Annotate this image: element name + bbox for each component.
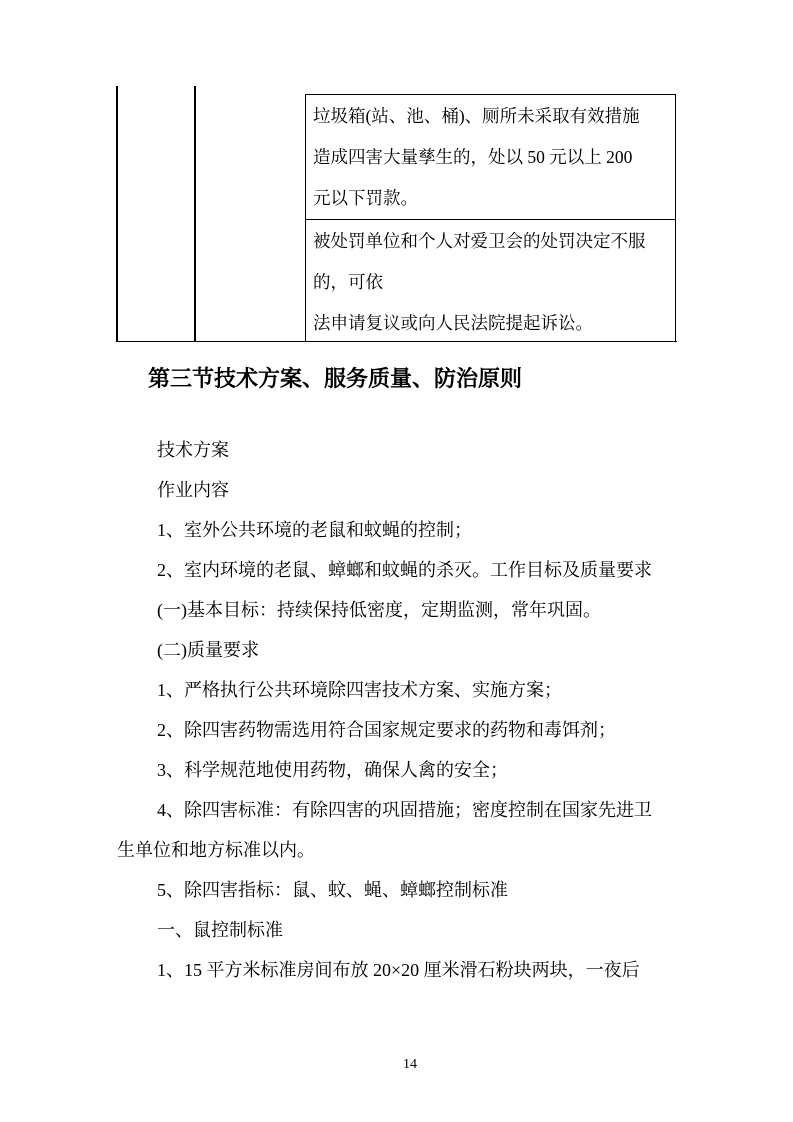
body-text: 技术方案 作业内容 1、室外公共环境的老鼠和蚊蝇的控制； 2、室内环境的老鼠、蟑… bbox=[117, 430, 677, 990]
table-cell: 被处罚单位和个人对爱卫会的处罚决定不服 的，可依 法申请复议或向人民法院提起诉讼… bbox=[306, 220, 675, 339]
body-line: (二)质量要求 bbox=[117, 630, 677, 670]
body-line: 作业内容 bbox=[117, 470, 677, 510]
body-line: 1、严格执行公共环境除四害技术方案、实施方案； bbox=[117, 670, 677, 710]
body-line: 1、室外公共环境的老鼠和蚊蝇的控制； bbox=[117, 510, 677, 550]
body-line: 技术方案 bbox=[117, 430, 677, 470]
table-column-border-middle bbox=[194, 86, 196, 342]
section-heading: 第三节技术方案、服务质量、防治原则 bbox=[117, 362, 708, 396]
page-number: 14 bbox=[130, 1056, 690, 1074]
body-line: 一、鼠控制标准 bbox=[117, 910, 677, 950]
table-cell: 垃圾箱(站、池、桶)、厕所未采取有效措施 造成四害大量孳生的，处以 50 元以上… bbox=[306, 95, 675, 220]
body-line: 2、室内环境的老鼠、蟑螂和蚊蝇的杀灭。工作目标及质量要求 bbox=[117, 550, 677, 590]
table-text-column: 垃圾箱(站、池、桶)、厕所未采取有效措施 造成四害大量孳生的，处以 50 元以上… bbox=[305, 94, 676, 342]
body-line: (一)基本目标：持续保持低密度，定期监测，常年巩固。 bbox=[117, 590, 677, 630]
body-line: 3、科学规范地使用药物，确保人禽的安全； bbox=[117, 750, 677, 790]
body-line: 4、除四害标准：有除四害的巩固措施；密度控制在国家先进卫 bbox=[117, 790, 677, 830]
body-line: 生单位和地方标准以内。 bbox=[117, 830, 677, 870]
document-page: 垃圾箱(站、池、桶)、厕所未采取有效措施 造成四害大量孳生的，处以 50 元以上… bbox=[0, 0, 793, 1122]
table-column-border-left bbox=[116, 86, 118, 342]
body-line: 2、除四害药物需选用符合国家规定要求的药物和毒饵剂； bbox=[117, 710, 677, 750]
body-line: 5、除四害指标：鼠、蚊、蝇、蟑螂控制标准 bbox=[117, 870, 677, 910]
body-line: 1、15 平方米标准房间布放 20×20 厘米滑石粉块两块，一夜后 bbox=[117, 950, 677, 990]
